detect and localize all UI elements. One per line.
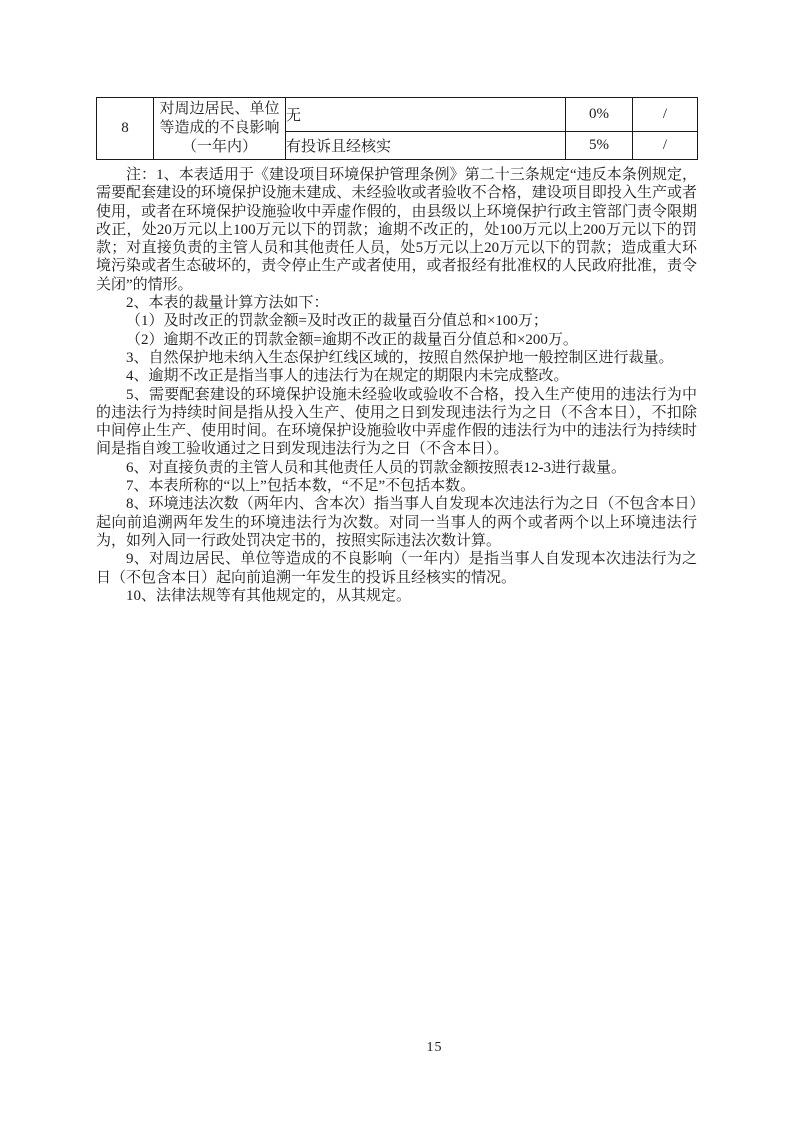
penalty-discretion-table: 8 对周边居民、单位等造成的不良影响（一年内） 无 0% / 有投诉且经核实 5… xyxy=(96,97,698,160)
table-cell-item-label: 对周边居民、单位等造成的不良影响（一年内） xyxy=(154,98,286,160)
note-paragraph: 6、对直接负责的主管人员和其他责任人员的罚款金额按照表12-3进行裁量。 xyxy=(96,459,697,477)
note-paragraph: 10、法律法规等有其他规定的，从其规定。 xyxy=(96,587,697,605)
table-cell-remark: / xyxy=(633,98,698,132)
note-paragraph: （2）逾期不改正的罚款金额=逾期不改正的裁量百分值总和×200万。 xyxy=(96,331,697,349)
note-paragraph: 5、需要配套建设的环境保护设施未经验收或验收不合格，投入生产使用的违法行为中的违… xyxy=(96,386,697,459)
notes-section: 注：1、本表适用于《建设项目环境保护管理条例》第二十三条规定“违反本条例规定，需… xyxy=(96,166,697,605)
note-paragraph: 3、自然保护地未纳入生态保护红线区域的，按照自然保护地一般控制区进行裁量。 xyxy=(96,349,697,367)
note-paragraph: 2、本表的裁量计算方法如下： xyxy=(96,294,697,312)
table-cell-condition: 有投诉且经核实 xyxy=(286,132,566,160)
table-cell-condition: 无 xyxy=(286,98,566,132)
table-cell-remark: / xyxy=(633,132,698,160)
note-paragraph: 注：1、本表适用于《建设项目环境保护管理条例》第二十三条规定“违反本条例规定，需… xyxy=(96,166,697,294)
table-cell-percent: 0% xyxy=(566,98,633,132)
note-paragraph: 4、逾期不改正是指当事人的违法行为在规定的期限内未完成整改。 xyxy=(96,367,697,385)
table-cell-row-number: 8 xyxy=(97,98,154,160)
note-paragraph: 7、本表所称的“以上”包括本数，“不足”不包括本数。 xyxy=(96,477,697,495)
page-number: 15 xyxy=(38,1040,793,1056)
table-cell-percent: 5% xyxy=(566,132,633,160)
note-paragraph: （1）及时改正的罚款金额=及时改正的裁量百分值总和×100万； xyxy=(96,312,697,330)
table-row: 8 对周边居民、单位等造成的不良影响（一年内） 无 0% / xyxy=(97,98,698,132)
note-paragraph: 8、环境违法次数（两年内、含本次）指当事人自发现本次违法行为之日（不包含本日）起… xyxy=(96,495,697,550)
document-page: 8 对周边居民、单位等造成的不良影响（一年内） 无 0% / 有投诉且经核实 5… xyxy=(0,0,793,1122)
note-paragraph: 9、对周边居民、单位等造成的不良影响（一年内）是指当事人自发现本次违法行为之日（… xyxy=(96,550,697,587)
